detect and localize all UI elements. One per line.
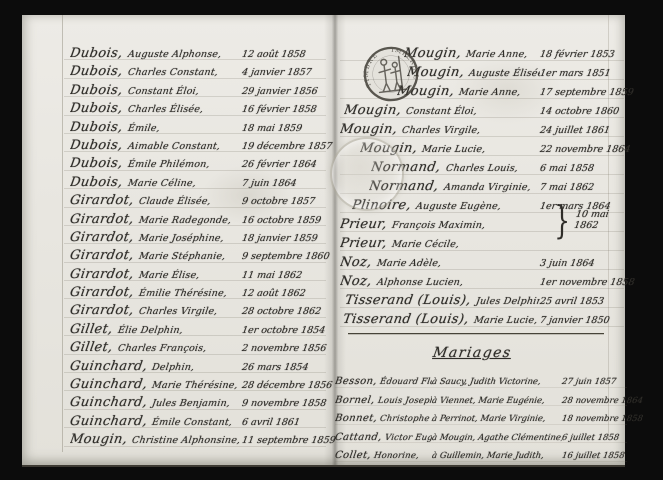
entry-date: 9 septembre 1860 [241,251,327,262]
register-entry: Noz,Alphonse Lucien,1er novembre 1858 [340,270,624,289]
entry-date: 6 juillet 1858 [561,433,628,443]
entry-date: 28 novembre 1864 [561,396,643,406]
register-entry: Dubois,Charles Constant,4 janvier 1857 [64,60,326,78]
entry-date: 1er mars 1851 [539,68,625,79]
entry-date: 1er novembre 1858 [539,277,625,288]
register-entry: Girardot,Émilie Thérésine,12 août 1862 [64,281,326,299]
register-entry: Guinchard,Marie Thérésine,28 décembre 18… [64,373,326,391]
register-entry: Dubois,Charles Élisée,16 février 1858 [64,97,326,115]
entry-date: 29 janvier 1856 [241,86,327,97]
entry-date: 12 août 1858 [241,49,327,60]
entry-date: 11 septembre 1859 [241,435,327,446]
entry-date: 6 avril 1861 [241,417,327,428]
entry-name: Tisserand (Louis),Jules Delphin, [345,289,540,308]
entry-name: Dubois,Émile, [70,116,242,135]
register-entry: Guinchard,Émile Constant,6 avril 1861 [64,410,326,428]
entry-name: Mougin,Auguste Élisée, [407,61,540,80]
entry-name: Gillet,Élie Delphin, [70,318,242,337]
register-entry: Girardot,Claude Élisée,9 octobre 1857 [64,189,326,207]
entry-date: 18 janvier 1859 [241,233,327,244]
entry-date: 28 octobre 1862 [241,306,327,317]
entry-date: 16 juillet 1858 [561,451,628,461]
entry-date: 7 janvier 1850 [539,315,625,326]
entry-date: 9 novembre 1858 [241,398,327,409]
entry-name: Girardot,Marie Radegonde, [70,208,242,227]
marriages-title: Mariages [431,345,512,361]
entry-date: 28 décembre 1856 [241,380,327,391]
left-page-margin-line [62,15,63,452]
register-entry: Dubois,Constant Éloi,29 janvier 1856 [64,79,326,97]
entry-date: 26 février 1864 [241,159,327,170]
stamp-icon: TIMBRE IMPERIAL [359,42,424,107]
register-entry: Mougin,Charles Virgile,24 juillet 1861 [340,118,624,137]
entry-name: Besson,Édouard Flavien, [335,369,432,388]
register-entry: Gillet,Charles François,2 novembre 1856 [64,336,326,354]
register-entry: Dubois,Marie Céline,7 juin 1864 [64,171,326,189]
entry-date: 6 mai 1858 [539,163,625,174]
marriages-heading: Mariages [340,342,624,361]
entry-name: Tisserand (Louis),Marie Lucie, [343,308,540,327]
marriage-entry: Collet,Honorine,à Guillemin, Marie Judit… [335,443,627,462]
entry-name: Dubois,Charles Élisée, [70,97,242,116]
entry-name: Noz,Alphonse Lucien, [340,270,540,289]
entry-date: 11 mai 1862 [241,270,327,281]
entry-date: 27 juin 1857 [561,377,628,387]
entry-name: Dubois,Aimable Constant, [70,134,242,153]
entry-name: Bonnet,Christophe Amable, [335,406,432,425]
entry-name: Guinchard,Jules Benjamin, [70,391,242,410]
timbre-imperial-stamp: TIMBRE IMPERIAL [359,42,424,107]
entry-date: 18 novembre 1858 [561,414,643,424]
entry-name: Girardot,Émilie Thérésine, [70,281,242,300]
register-entry: Girardot,Marie Élise,11 mai 1862 [64,263,326,281]
entry-name: Mougin,Christine Alphonsine, [70,428,242,447]
marriage-entry: Cattand,Victor Eugène,à Mougin, Agathe C… [335,425,627,444]
embossed-seal [330,137,404,211]
entry-date: 19 décembre 1857 [241,141,327,152]
register-entry: Dubois,Émile,18 mai 1859 [64,116,326,134]
entry-name: Prieur,François Maximin, [340,213,540,232]
entry-name: Girardot,Claude Élisée, [70,189,242,208]
register-entry: Girardot,Marie Joséphine,18 janvier 1859 [64,226,326,244]
marriages-list: Besson,Édouard Flavien,à Saucy, Judith V… [335,369,627,462]
section-divider [348,333,604,334]
entry-date: 18 février 1853 [539,49,625,60]
entry-date: 22 novembre 1864 [539,144,625,155]
entry-name: Girardot,Charles Virgile, [70,299,242,318]
entry-name: Mougin,Marie Anne, [404,42,540,61]
entry-name: Dubois,Auguste Alphonse, [70,42,242,61]
register-entry: Dubois,Émile Philémon,26 février 1864 [64,152,326,170]
entry-name: Guinchard,Marie Thérésine, [70,373,242,392]
entry-name: Prieur,Marie Cécile, [340,232,540,251]
entry-name: Cattand,Victor Eugène, [335,425,432,444]
register-entry: Mougin,Christine Alphonsine,11 septembre… [64,428,326,446]
entry-date: 4 janvier 1857 [241,67,327,78]
paper-spread: Dubois,Auguste Alphonse,12 août 1858 Dub… [22,15,625,467]
brace-icon: } [554,201,570,239]
entry-name: Dubois,Constant Éloi, [70,79,242,98]
entry-name: Dubois,Émile Philémon, [70,152,242,171]
entry-date: 2 novembre 1856 [241,343,327,354]
entry-name: Gillet,Charles François, [70,336,242,355]
entry-name: Guinchard,Émile Constant, [70,410,242,429]
entry-name: Collet,Honorine, [335,443,432,462]
entry-name: Girardot,Marie Stéphanie, [70,244,242,263]
entry-date: 24 juillet 1861 [539,125,625,136]
entry-spouse: à Mougin, Agathe Clémentine, [431,433,563,443]
register-entry: Guinchard,Jules Benjamin,9 novembre 1858 [64,391,326,409]
entry-name: Dubois,Charles Constant, [70,60,242,79]
entry-date: 17 septembre 1859 [539,87,625,98]
shared-date-brace: } 10 mai 1862 [550,200,624,240]
entry-date: 14 octobre 1860 [539,106,625,117]
register-entry: Tisserand (Louis),Marie Lucie,7 janvier … [340,308,624,327]
entry-name: Guinchard,Delphin, [70,355,242,374]
register-entry: Dubois,Aimable Constant,19 décembre 1857 [64,134,326,152]
entry-date: 18 mai 1859 [241,123,327,134]
entry-name: Bornel,Louis Joseph, [335,388,432,407]
entry-date: 3 juin 1864 [539,258,625,269]
entry-spouse: à Guillemin, Marie Judith, [431,451,563,461]
register-entry: Tisserand (Louis),Jules Delphin,25 avril… [340,289,624,308]
entry-date: 1er octobre 1854 [241,325,327,336]
register-entry: Guinchard,Delphin,26 mars 1854 [64,355,326,373]
entry-spouse: à Viennet, Marie Eugénie, [431,396,563,406]
register-entry: Girardot,Marie Radegonde,16 octobre 1859 [64,208,326,226]
entry-date: 16 février 1858 [241,104,327,115]
entry-date: 26 mars 1854 [241,362,327,373]
entry-name: Dubois,Marie Céline, [70,171,242,190]
entry-date: 12 août 1862 [241,288,327,299]
marriage-entry: Bonnet,Christophe Amable,à Perrinot, Mar… [335,406,627,425]
register-entry: Gillet,Élie Delphin,1er octobre 1854 [64,318,326,336]
register-entry: Girardot,Marie Stéphanie,9 septembre 186… [64,244,326,262]
left-page: Dubois,Auguste Alphonse,12 août 1858 Dub… [70,42,326,447]
entry-date: 16 octobre 1859 [241,215,327,226]
register-entry: Dubois,Auguste Alphonse,12 août 1858 [64,42,326,60]
entry-date: 7 mai 1862 [539,182,625,193]
scanned-register-screenshot: { "colors":{"background":"#0c0c0c","pape… [0,0,663,480]
entry-date: 9 octobre 1857 [241,196,327,207]
entry-spouse: à Saucy, Judith Victorine, [431,377,563,387]
entry-name: Noz,Marie Adèle, [340,251,540,270]
entry-name: Mougin,Charles Virgile, [340,118,540,137]
entry-date: 7 juin 1864 [241,178,327,189]
register-entry: Noz,Marie Adèle,3 juin 1864 [340,251,624,270]
shared-entry-date: 10 mai 1862 [573,209,625,231]
marriage-entry: Besson,Édouard Flavien,à Saucy, Judith V… [335,369,627,388]
entry-name: Girardot,Marie Élise, [70,263,242,282]
register-entry: Girardot,Charles Virgile,28 octobre 1862 [64,299,326,317]
entry-date: 25 avril 1853 [539,296,625,307]
entry-name: Girardot,Marie Joséphine, [70,226,242,245]
marriage-entry: Bornel,Louis Joseph,à Viennet, Marie Eug… [335,388,627,407]
entry-spouse: à Perrinot, Marie Virginie, [431,414,563,424]
